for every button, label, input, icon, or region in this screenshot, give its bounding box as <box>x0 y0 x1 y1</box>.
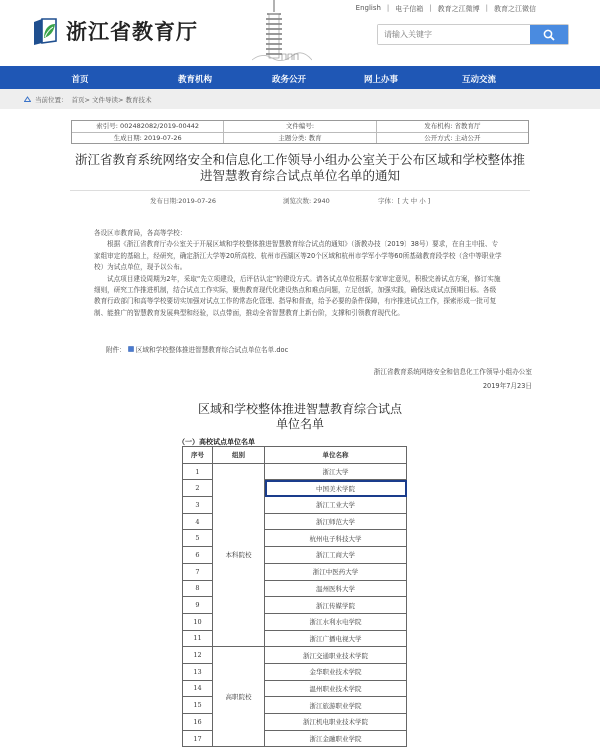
paragraph: 试点项目建设周期为2年，采取“先立项建设，后评估认定”的建设方式。请各试点单位根… <box>94 274 502 320</box>
attachment: 附件： 区域和学校整体推进智慧教育综合试点单位名单.doc <box>106 344 288 354</box>
home-icon <box>24 96 31 102</box>
divider <box>70 190 530 191</box>
signature: 浙江省教育系统网络安全和信息化工作领导小组办公室 <box>374 366 532 376</box>
attachment-link[interactable]: 区域和学校整体推进智慧教育综合试点单位名单.doc <box>136 344 288 354</box>
pagoda-illustration <box>252 0 312 64</box>
breadcrumb-label: 当前位置： <box>35 95 68 104</box>
pilot-units-table: 序号 组别 单位名称 1本科院校浙江大学 2中国美术学院 3浙江工业大学 4浙江… <box>182 446 407 747</box>
meta-doc-no: 文件编号: <box>224 121 376 132</box>
col-header-unit: 单位名称 <box>265 447 407 464</box>
document-meta-table: 索引号: 002482082/2019-00442 文件编号: 发布机构: 省教… <box>71 120 529 144</box>
table-row: 12高职院校浙江交通职业技术学院 <box>183 647 407 664</box>
view-count: 浏览次数: 2940 <box>283 196 330 205</box>
article-body: 各设区市教育局，各高等学校： 根据《浙江省教育厅办公室关于开展区域和学校整体推进… <box>94 228 502 319</box>
col-header-group: 组别 <box>213 447 265 464</box>
meta-publisher: 发布机构: 省教育厅 <box>377 121 528 132</box>
list-title: 区域和学校整体推进智慧教育综合试点 单位名单 <box>150 402 450 432</box>
nav-online-services[interactable]: 网上办事 <box>348 73 414 85</box>
search-box <box>377 24 569 45</box>
link-weibo[interactable]: 教育之江微博 <box>438 4 480 14</box>
col-header-no: 序号 <box>183 447 213 464</box>
nav-interaction[interactable]: 互动交流 <box>414 73 544 85</box>
search-icon <box>543 29 555 41</box>
site-name: 浙江省教育厅 <box>66 16 198 46</box>
site-header: 浙江省教育厅 English | 电子信箱 | 教育之江微博 | 教育之江微信 <box>0 0 600 66</box>
nav-institutions[interactable]: 教育机构 <box>160 73 230 85</box>
link-wechat[interactable]: 教育之江微信 <box>494 4 536 14</box>
top-links: English | 电子信箱 | 教育之江微博 | 教育之江微信 <box>356 4 536 14</box>
breadcrumb: 当前位置： 首页> 文件导读> 教育技术 <box>0 89 600 109</box>
meta-index-no: 索引号: 002482082/2019-00442 <box>72 121 224 132</box>
search-button[interactable] <box>530 25 568 44</box>
group-vocational: 高职院校 <box>213 647 265 747</box>
nav-home[interactable]: 首页 <box>0 73 160 85</box>
meta-category: 主题分类: 教育 <box>224 133 376 143</box>
separator: | <box>486 4 488 14</box>
separator: | <box>387 4 389 14</box>
logo-icon <box>32 16 58 46</box>
main-nav: 首页 教育机构 政务公开 网上办事 互动交流 <box>0 66 600 89</box>
table-row: 1本科院校浙江大学 <box>183 463 407 480</box>
attachment-label: 附件： <box>106 344 126 354</box>
font-size-switcher[interactable]: 字体：[ 大 中 小 ] <box>378 196 430 205</box>
meta-disclosure: 公开方式: 主动公开 <box>377 133 528 143</box>
search-input[interactable] <box>378 25 530 44</box>
link-english[interactable]: English <box>356 4 381 14</box>
nav-gov-affairs[interactable]: 政务公开 <box>230 73 348 85</box>
doc-file-icon <box>128 346 134 352</box>
site-logo[interactable]: 浙江省教育厅 <box>32 16 198 46</box>
article-title: 浙江省教育系统网络安全和信息化工作领导小组办公室关于公布区域和学校整体推进智慧教… <box>70 152 530 184</box>
paragraph: 根据《浙江省教育厅办公室关于开展区域和学校整体推进智慧教育综合试点的通知》（浙教… <box>94 239 502 273</box>
salutation: 各设区市教育局，各高等学校： <box>94 228 502 239</box>
meta-created: 生成日期: 2019-07-26 <box>72 133 224 143</box>
publish-date: 发布日期:2019-07-26 <box>150 196 216 205</box>
separator: | <box>429 4 431 14</box>
sign-date: 2019年7月23日 <box>483 380 532 390</box>
group-undergrad: 本科院校 <box>213 463 265 647</box>
selected-cell[interactable]: 中国美术学院 <box>265 480 407 497</box>
breadcrumb-path[interactable]: 首页> 文件导读> 教育技术 <box>72 95 152 104</box>
link-email[interactable]: 电子信箱 <box>395 4 423 14</box>
